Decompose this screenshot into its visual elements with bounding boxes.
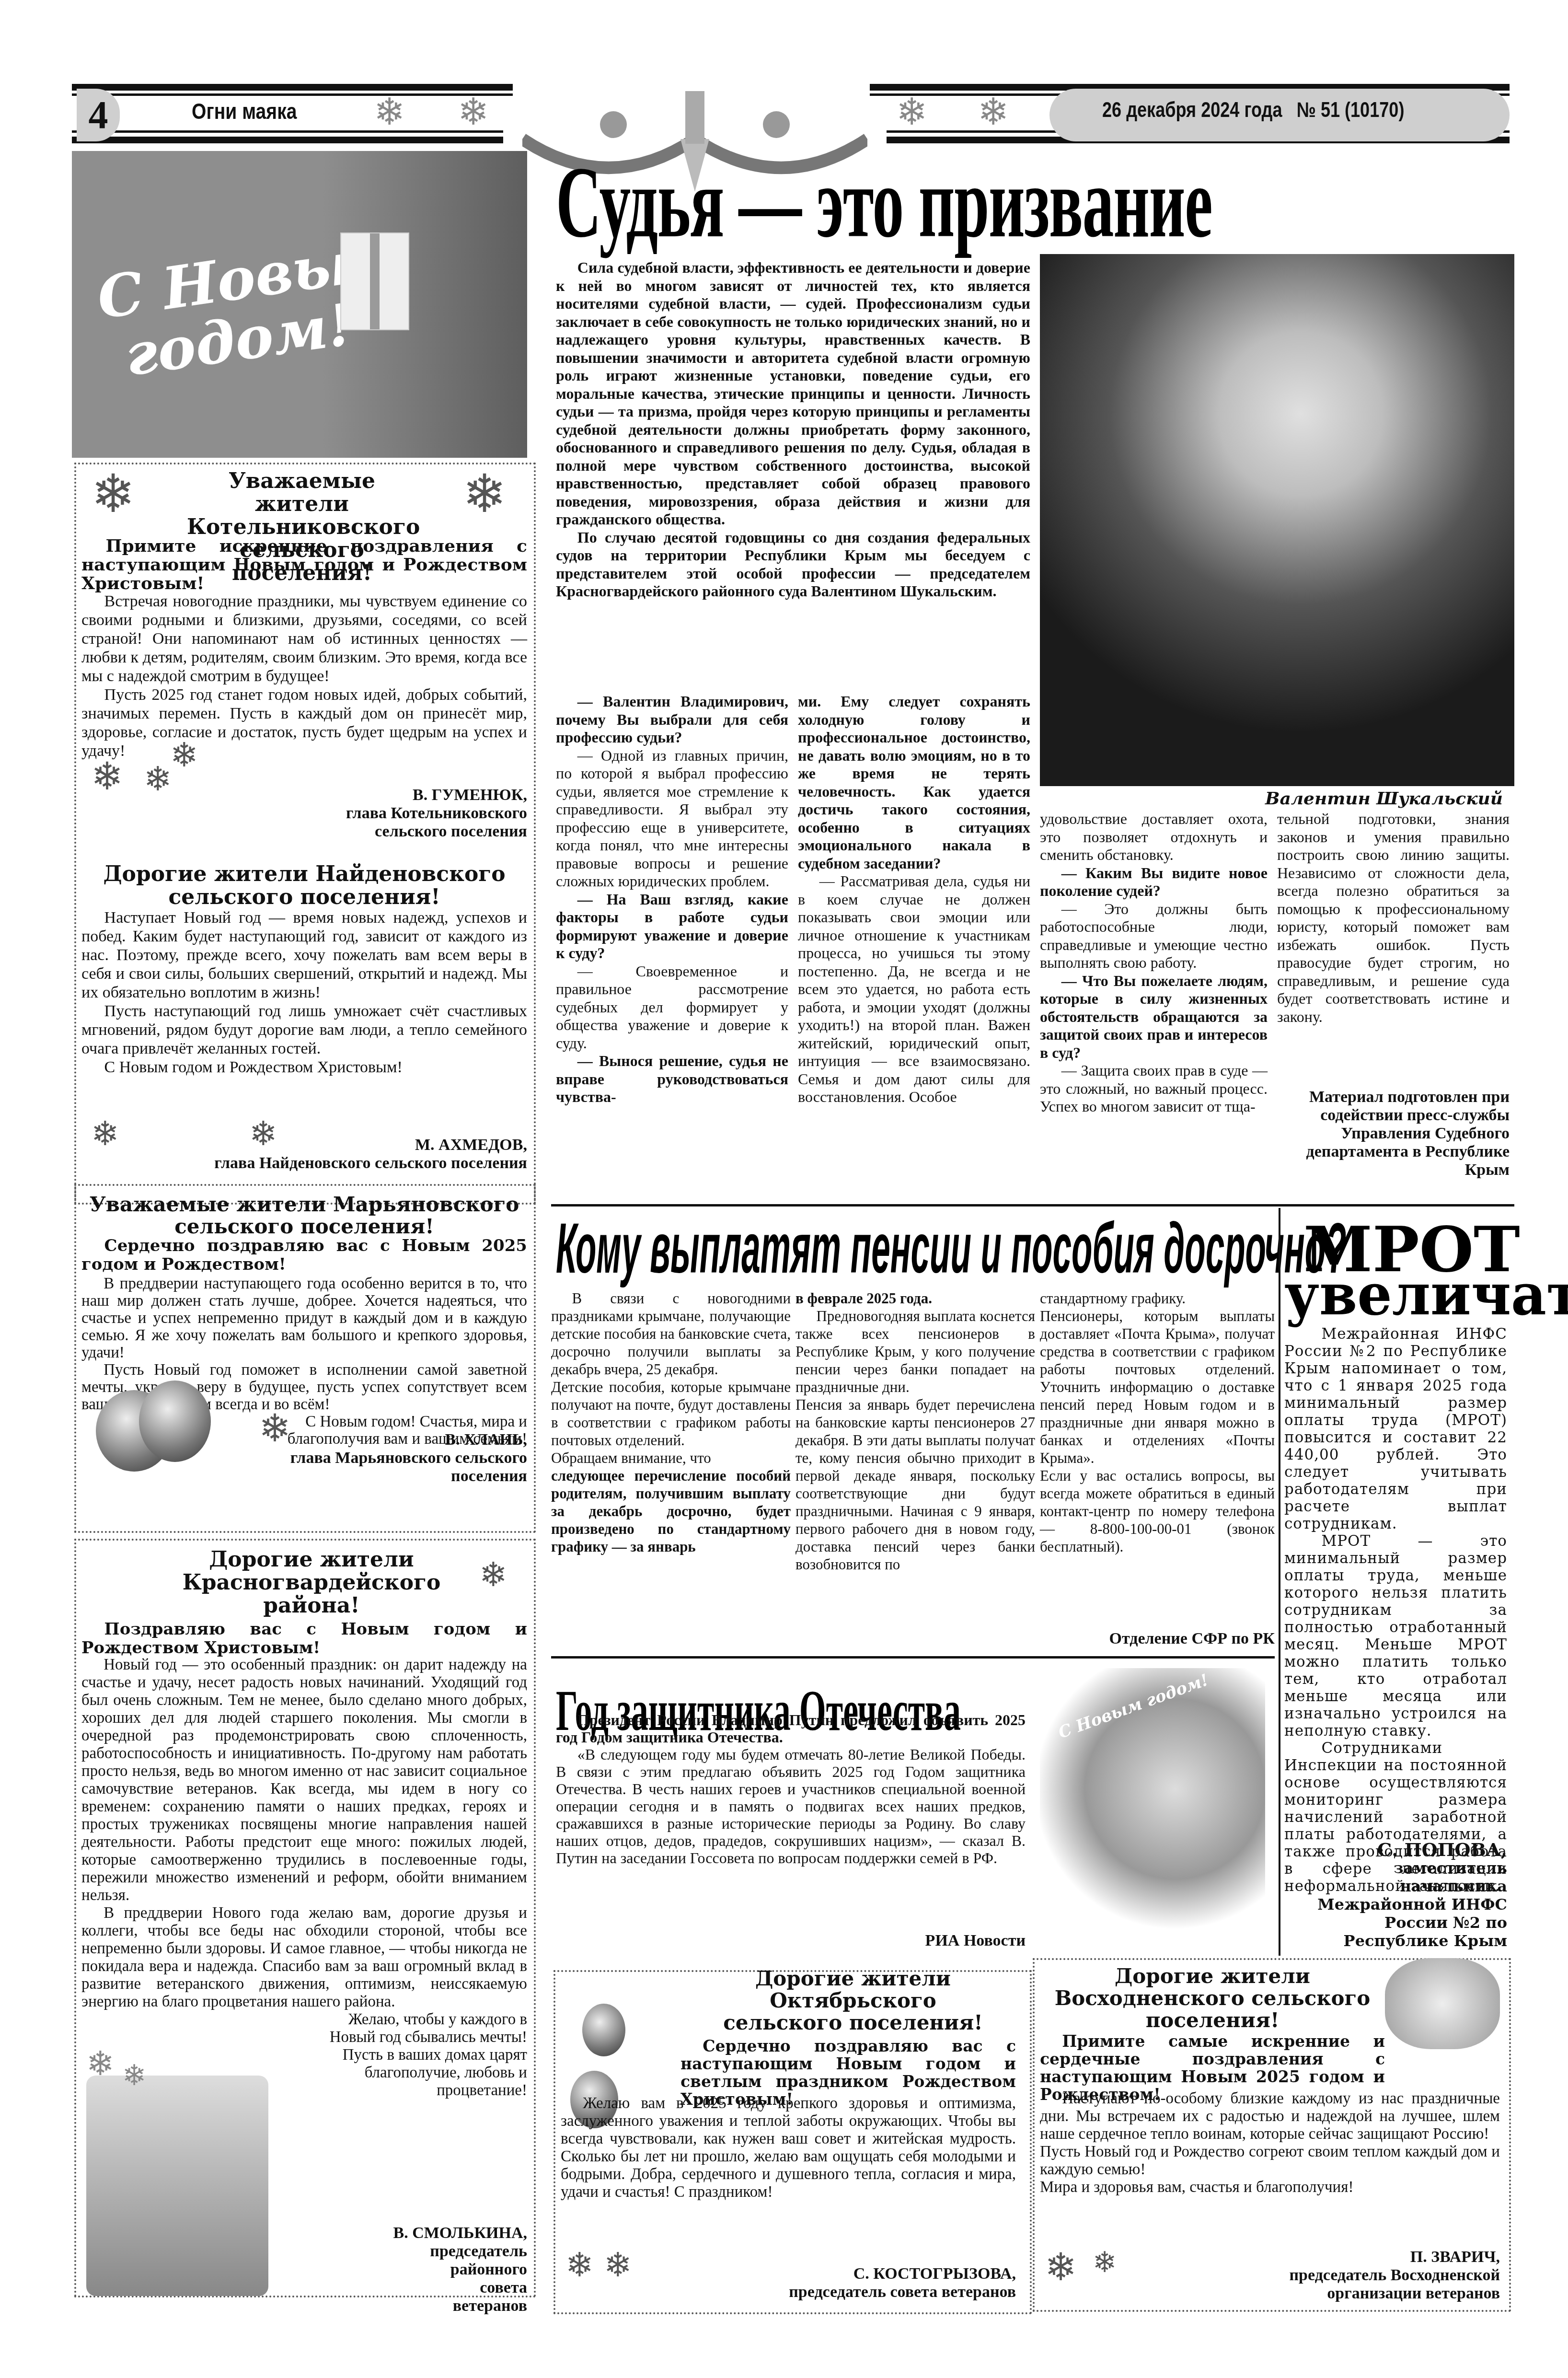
greeting-body: Новый год — это особенный праздник: он д… — [81, 1656, 527, 2100]
interview-column-3: удовольствие доставляет охота, это позво… — [1040, 810, 1268, 1116]
photo-caption: Валентин Шукальский — [1265, 789, 1503, 809]
mrot-title-line2: увеличат — [1284, 1261, 1568, 1328]
greeting-signature: В. ГУМЕНЮК, глава Котельниковского сельс… — [240, 786, 527, 841]
snowflake-icon: ❄ — [896, 93, 927, 131]
greeting-signature: М. АХМЕДОВ, глава Найденовского сельског… — [144, 1136, 527, 1172]
issue-number: № 51 (10170) — [1297, 98, 1405, 122]
christmas-bells-image — [1385, 1958, 1500, 2049]
greeting-signature: П. ЗВАРИЧ, председатель Восходненской ор… — [1174, 2248, 1500, 2303]
greeting-body: Встречая новогодние праздники, мы чувств… — [81, 592, 527, 760]
pensions-text: В связи с новогодними праздниками крымча… — [551, 1289, 791, 1467]
snowflake-icon: ❄ — [1093, 2248, 1117, 2277]
snowflake-icon: ❄ — [170, 738, 198, 772]
pensions-column-2: в феврале 2025 года. Предновогодняя выпл… — [796, 1289, 1035, 1573]
defender-source: РИА Новости — [815, 1932, 1026, 1950]
greeting-lead: Примите искренние поздравления с наступа… — [81, 537, 527, 593]
snowflake-icon: ❄ — [978, 93, 1009, 131]
header-rule-bottom — [72, 130, 503, 133]
new-year-card-image: С Новым годом! — [72, 151, 527, 458]
snowflake-icon: ❄ — [604, 2248, 632, 2282]
snowflake-icon: ❄ — [91, 757, 123, 796]
snowflake-icon: ❄ — [86, 2047, 115, 2080]
judge-article-title: Судья — это призвание — [556, 144, 1212, 261]
snowflake-icon: ❄ — [144, 762, 172, 796]
mrot-signature: С. ПОПОВА, заместитель начальника Межрай… — [1284, 1841, 1507, 1950]
date-text: 26 декабря 2024 года — [1102, 98, 1282, 122]
judge-article-credit: Материал подготовлен при содействии прес… — [1277, 1088, 1510, 1179]
ornament-ball-image — [139, 1380, 211, 1462]
greeting-title: Уважаемые жители Марьяновского сельского… — [81, 1194, 527, 1238]
snowflake-icon: ❄ — [565, 2248, 594, 2282]
newspaper-name: Огни маяка — [192, 98, 297, 124]
judge-article-lead: Сила судебной власти, эффективность ее д… — [556, 259, 1030, 601]
greeting-body: Желаю вам в 2025 году крепкого здоровья … — [561, 2095, 1016, 2201]
pensions-source: Отделение СФР по РК — [1040, 1630, 1275, 1648]
pensions-article-title: Кому выплатят пенсии и пособия досрочно? — [556, 1208, 1347, 1289]
divider — [551, 1204, 1514, 1206]
greeting-title: Дорогие жители Октябрьского сельского по… — [719, 1968, 987, 2034]
column-divider — [1279, 1208, 1280, 1956]
greeting-lead: Поздравляю вас с Новым годом и Рождество… — [81, 1620, 527, 1658]
snowflake-icon: ❄ — [462, 467, 507, 520]
bunny-ornament-image: С Новым годом! — [1040, 1668, 1265, 1937]
greeting-title: Дорогие жители Красногвардейского района… — [182, 1548, 441, 1617]
judge-portrait-photo — [1040, 254, 1514, 786]
greeting-signature: В. СМОЛЬКИНА, председатель районного сов… — [288, 2224, 527, 2315]
snowflake-icon: ❄ — [374, 93, 405, 131]
greeting-title: Дорогие жители Найденовского сельского п… — [81, 863, 527, 909]
greeting-signature: С. КОСТОГРЫЗОВА, председатель совета вет… — [719, 2265, 1016, 2301]
header-rule-bottom-bold — [72, 137, 503, 143]
pensions-column-1: В связи с новогодними праздниками крымча… — [551, 1289, 791, 1555]
snowflake-icon: ❄ — [458, 93, 489, 131]
snowflake-icon: ❄ — [259, 1409, 291, 1448]
gift-boxes-image — [86, 2076, 268, 2296]
page-number: 4 — [77, 89, 120, 141]
greeting-title: Дорогие жители Восходненского сельского … — [1040, 1965, 1385, 2031]
issue-date: 26 декабря 2024 года № 51 (10170) — [1102, 98, 1404, 122]
header-rule-top — [72, 84, 513, 91]
greeting-body: Наступает Новый год — время новых надежд… — [81, 908, 527, 1077]
interview-column-2: ми. Ему следует сохранять холодную голов… — [798, 693, 1030, 1106]
pensions-column-3: стандартному графику. Пенсионеры, которы… — [1040, 1289, 1275, 1555]
interview-column-1: — Валентин Владимирович, почему Вы выбра… — [556, 693, 788, 1106]
snowflake-icon: ❄ — [122, 2061, 146, 2090]
header-rule-top-thin — [72, 93, 513, 96]
greeting-signature: В. ХЛАНЬ, глава Марьяновского сельского … — [288, 1431, 527, 1485]
ornament-text: С Новым годом! — [1056, 1670, 1211, 1743]
snowflake-icon: ❄ — [91, 467, 135, 520]
ornament-ball-image — [582, 2004, 625, 2056]
interview-column-4: тельной подготовки, знания законов и уме… — [1277, 810, 1510, 1026]
snowflake-icon: ❄ — [479, 1558, 507, 1591]
snowflake-icon: ❄ — [1045, 2248, 1077, 2286]
gift-box-icon — [340, 232, 409, 330]
snowflake-icon: ❄ — [91, 1117, 119, 1150]
greeting-body: Наступают по-особому близкие каждому из … — [1040, 2090, 1500, 2196]
divider — [551, 1656, 1275, 1659]
greeting-lead: Сердечно поздравляю вас с Новым 2025 год… — [81, 1237, 527, 1274]
defender-article-body: Президент России Владимир Путин предложи… — [556, 1711, 1026, 1867]
mrot-body: Межрайонная ИНФС России №2 по Республике… — [1284, 1325, 1507, 1895]
